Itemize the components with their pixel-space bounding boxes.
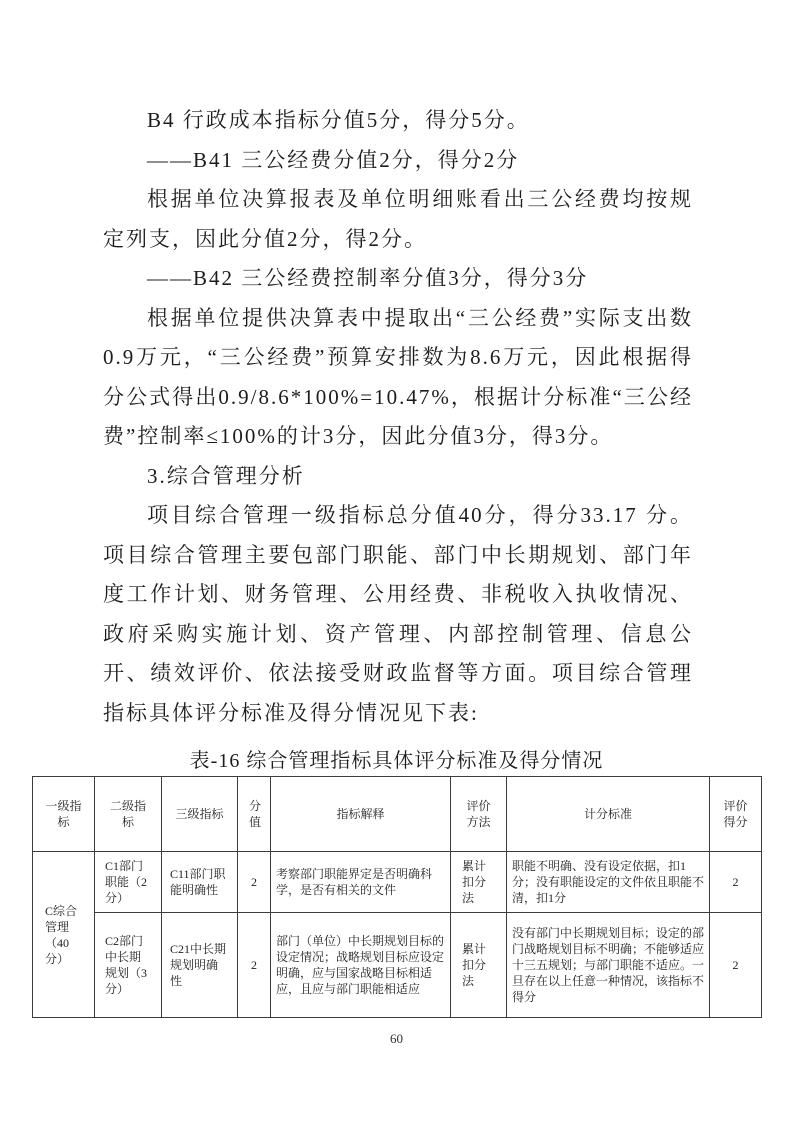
table-row: C2部门中长期规划（3分） C21中长期规划明确性 2 部门（单位）中长期规划目… [33,913,762,1018]
paragraph-section3-detail: 项目综合管理一级指标总分值40分，得分33.17 分。项目综合管理主要包部门职能… [103,496,693,733]
col-header-level3: 三级指标 [162,777,238,852]
paragraph-b41-detail: 根据单位决算报表及单位明细账看出三公经费均按规定列支，因此分值2分，得2分。 [103,180,693,259]
col-header-standard: 计分标准 [507,777,710,852]
body-text-block: B4 行政成本指标分值5分，得分5分。 ——B41 三公经费分值2分，得分2分 … [103,101,693,733]
cell-eval-method: 累计扣分法 [451,913,507,1018]
cell-scoring-standard: 职能不明确、没有设定依据，扣1分；没有职能设定的文件依且职能不清，扣1分 [507,852,710,913]
col-header-explain: 指标解释 [271,777,451,852]
col-header-score: 分值 [238,777,271,852]
cell-level3-indicator: C21中长期规划明确性 [162,913,238,1018]
cell-explanation: 部门（单位）中长期规划目标的设定情况；战略规划目标应设定明确，应与国家战略目标相… [271,913,451,1018]
paragraph-b4-summary: B4 行政成本指标分值5分，得分5分。 [103,101,693,141]
col-header-method: 评价方法 [451,777,507,852]
paragraph-b41-heading: ——B41 三公经费分值2分，得分2分 [103,141,693,181]
cell-eval-method: 累计扣分法 [451,852,507,913]
col-header-level2: 二级指标 [95,777,162,852]
paragraph-section3-heading: 3.综合管理分析 [103,457,693,497]
score-table: 一级指标 二级指标 三级指标 分值 指标解释 评价方法 计分标准 评价得分 C综… [32,776,762,1018]
cell-level3-indicator: C11部门职能明确性 [162,852,238,913]
cell-score-got: 2 [710,913,762,1018]
table-row: C综合管理（40分） C1部门职能（2分） C11部门职能明确性 2 考察部门职… [33,852,762,913]
page-number: 60 [0,1031,793,1047]
table-header-row: 一级指标 二级指标 三级指标 分值 指标解释 评价方法 计分标准 评价得分 [33,777,762,852]
cell-score-value: 2 [238,913,271,1018]
paragraph-b42-heading: ——B42 三公经费控制率分值3分，得分3分 [103,259,693,299]
cell-level2-indicator: C1部门职能（2分） [95,852,162,913]
cell-score-got: 2 [710,852,762,913]
col-header-got: 评价得分 [710,777,762,852]
document-page: B4 行政成本指标分值5分，得分5分。 ——B41 三公经费分值2分，得分2分 … [0,0,793,1122]
col-header-level1: 一级指标 [33,777,95,852]
paragraph-b42-detail: 根据单位提供决算表中提取出“三公经费”实际支出数0.9万元，“三公经费”预算安排… [103,299,693,457]
table-caption: 表-16 综合管理指标具体评分标准及得分情况 [0,744,793,773]
cell-explanation: 考察部门职能界定是否明确科学，是否有相关的文件 [271,852,451,913]
cell-score-value: 2 [238,852,271,913]
cell-level1-indicator: C综合管理（40分） [33,852,95,1018]
cell-level2-indicator: C2部门中长期规划（3分） [95,913,162,1018]
cell-scoring-standard: 没有部门中长期规划目标；设定的部门战略规划目标不明确；不能够适应十三五规划；与部… [507,913,710,1018]
